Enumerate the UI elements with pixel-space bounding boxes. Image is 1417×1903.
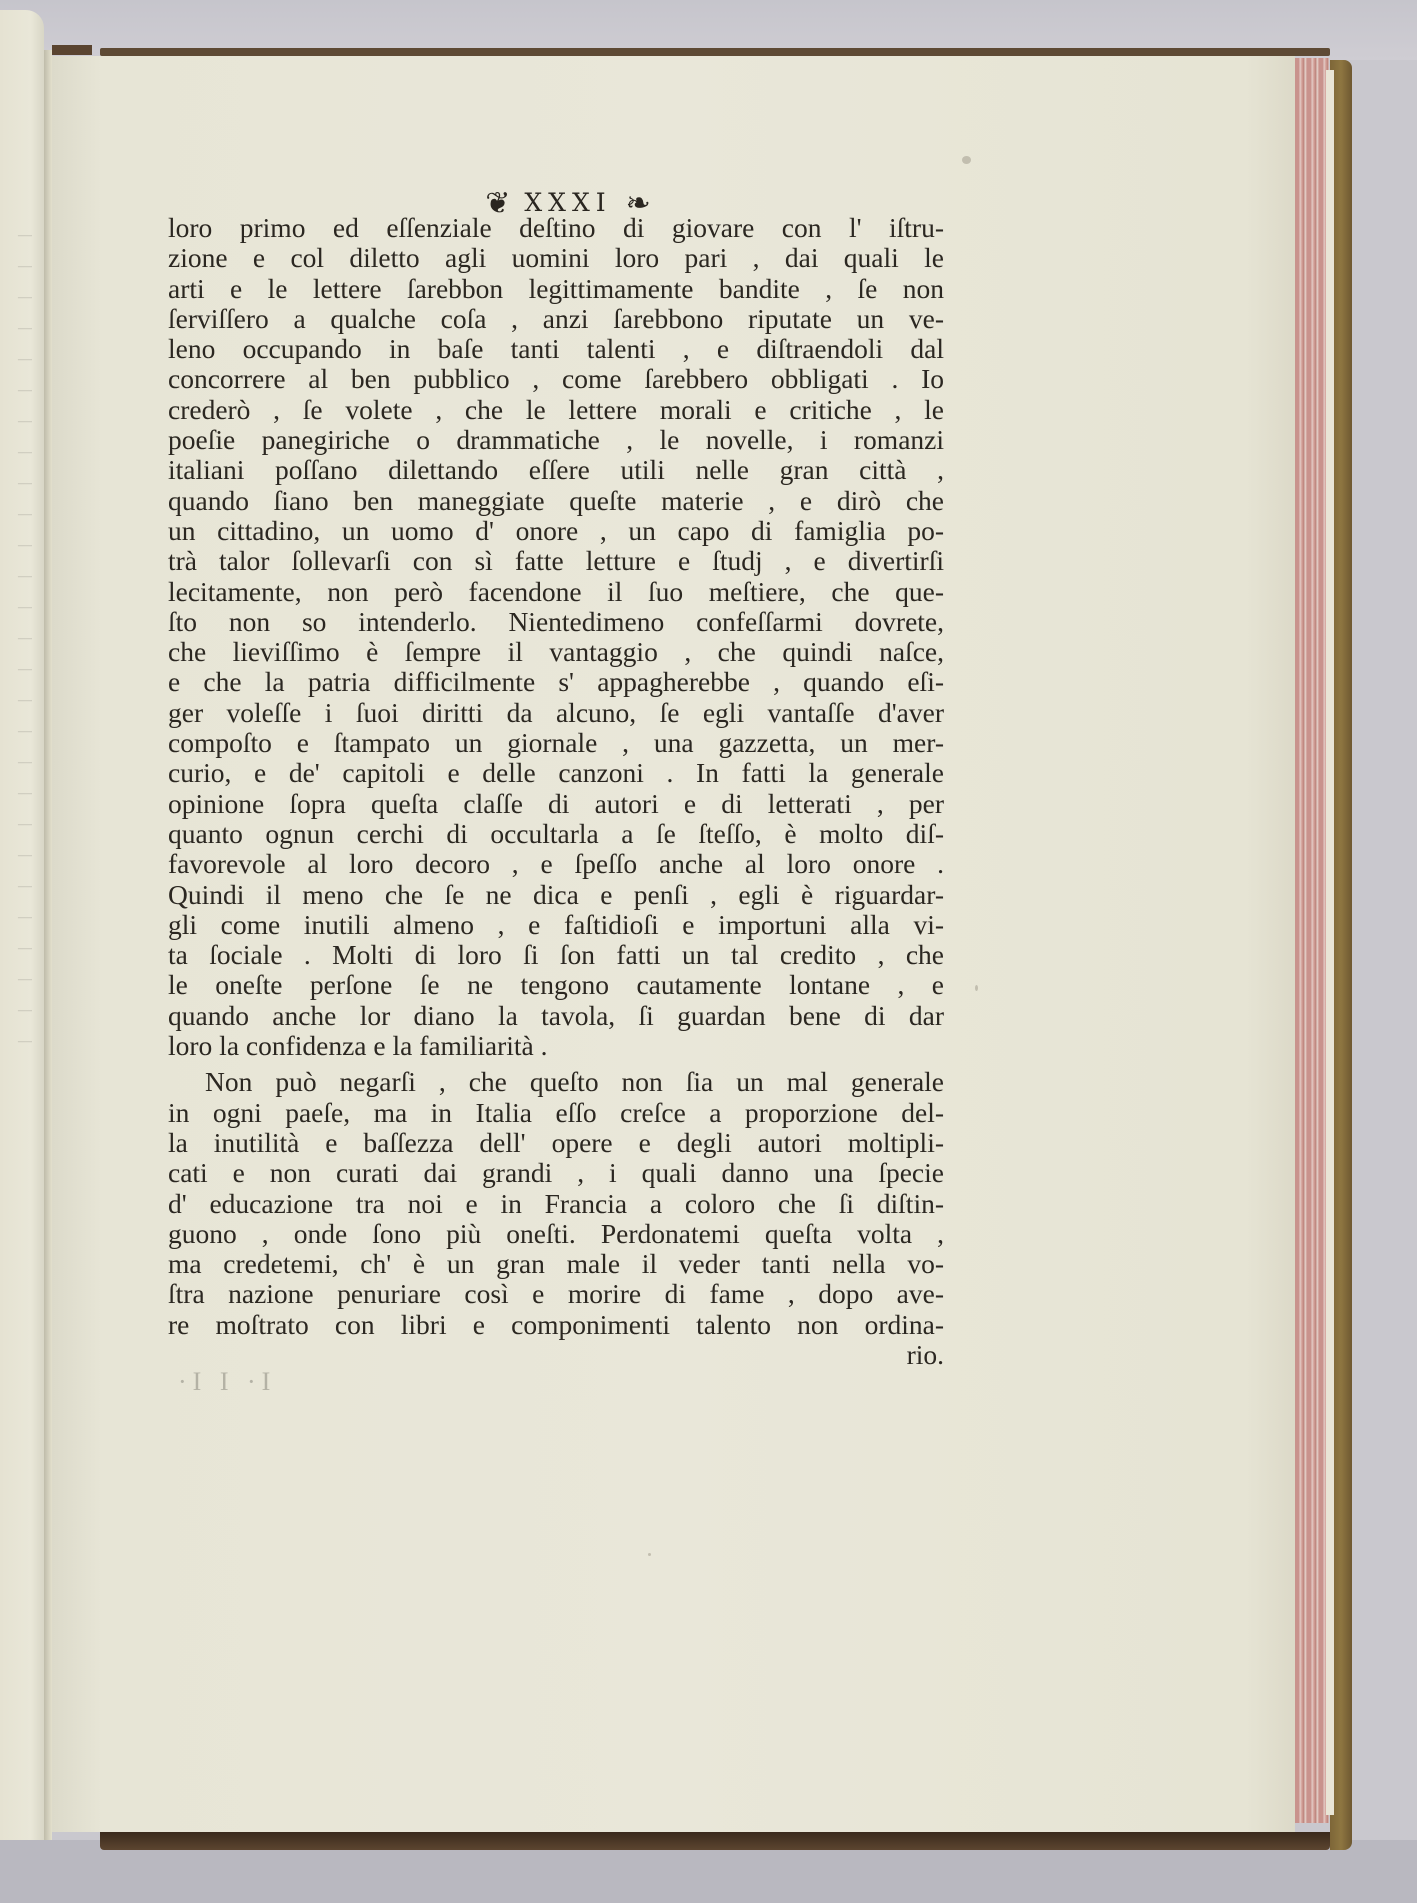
text-line: favorevole al loro decoro , e ſpeſſo anc…: [168, 849, 944, 879]
text-line: crederò , ſe volete , che le lettere mor…: [168, 395, 944, 425]
red-page-edges: [1295, 58, 1329, 1823]
text-line: Quindi il meno che ſe ne dica e penſi , …: [168, 880, 944, 910]
paragraph-end-line: loro la confidenza e la familiarità .: [168, 1031, 944, 1061]
book-gutter: [44, 50, 52, 1840]
text-line: zione e col diletto agli uomini loro par…: [168, 243, 944, 273]
text-line: quando anche lor diano la tavola, ſi gua…: [168, 1001, 944, 1031]
text-line: le oneſte perſone ſe ne tengono cautamen…: [168, 970, 944, 1000]
text-line: leno occupando in baſe tanti talenti , e…: [168, 334, 944, 364]
text-line: quando ſiano ben maneggiate queſte mater…: [168, 486, 944, 516]
text-line: ſto non so intenderlo. Nientedimeno conf…: [168, 607, 944, 637]
text-line: d' educazione tra noi e in Francia a col…: [168, 1189, 944, 1219]
text-line: re moſtrato con libri e componimenti tal…: [168, 1310, 944, 1340]
text-line: lecitamente, non però facendone il ſuo m…: [168, 577, 944, 607]
text-line: loro primo ed eſſenziale deſtino di giov…: [168, 213, 944, 243]
text-line: ger voleſſe i ſuoi diritti da alcuno, ſe…: [168, 698, 944, 728]
text-line: compoſto e ſtampato un giornale , una ga…: [168, 728, 944, 758]
text-line: un cittadino, un uomo d' onore , un capo…: [168, 516, 944, 546]
paper-spot: [962, 156, 971, 164]
text-line: curio, e de' capitoli e delle canzoni . …: [168, 758, 944, 788]
text-line: guono , onde ſono più oneſti. Perdonatem…: [168, 1219, 944, 1249]
text-line: ſtra nazione penuriare così e morire di …: [168, 1279, 944, 1309]
text-line: trà talor ſollevarſi con sì fatte lettur…: [168, 546, 944, 576]
text-line: gli come inutili almeno , e faſtidioſi e…: [168, 910, 944, 940]
binding-board-bottom: [100, 1832, 1330, 1850]
text-line: ma credetemi, ch' è un gran male il vede…: [168, 1249, 944, 1279]
page-edge-inner: [1326, 70, 1334, 1815]
binding-board-top: [100, 48, 1330, 56]
text-line: in ogni paeſe, ma in Italia eſſo creſce …: [168, 1098, 944, 1128]
text-line: ſerviſſero a qualche coſa , anzi ſarebbo…: [168, 304, 944, 334]
text-line: la inutilità e baſſezza dell' opere e de…: [168, 1128, 944, 1158]
left-page-bleed-text: — — — — — — — — — — — — — — — — — — — — …: [0, 220, 32, 1057]
text-line: concorrere al ben pubblico , come ſarebb…: [168, 364, 944, 394]
text-line: ta ſociale . Molti di loro ſi ſon fatti …: [168, 940, 944, 970]
text-line: che lieviſſimo è ſempre il vantaggio , c…: [168, 637, 944, 667]
text-line: poeſie panegiriche o drammatiche , le no…: [168, 425, 944, 455]
text-line: e che la patria difficilmente s' appaghe…: [168, 667, 944, 697]
final-line: rio.: [168, 1340, 944, 1370]
text-line: italiani poſſano dilettando eſſere utili…: [168, 455, 944, 485]
show-through-text: ·I I ·I: [178, 1367, 276, 1397]
left-page-sliver: — — — — — — — — — — — — — — — — — — — — …: [0, 10, 44, 1840]
binding-board-top-left: [52, 45, 92, 55]
body-text: loro primo ed eſſenziale deſtino di giov…: [168, 213, 944, 1370]
text-line: quanto ognun cerchi di occultarla a ſe ſ…: [168, 819, 944, 849]
text-line: arti e le lettere ſarebbon legittimament…: [168, 274, 944, 304]
text-line: opinione ſopra queſta claſſe di autori e…: [168, 789, 944, 819]
paragraph-start-line: Non può negarſi , che queſto non ſia un …: [168, 1067, 944, 1097]
text-line: cati e non curati dai grandi , i quali d…: [168, 1158, 944, 1188]
paper-spot: [648, 1553, 651, 1556]
paper-spot: [975, 985, 978, 991]
